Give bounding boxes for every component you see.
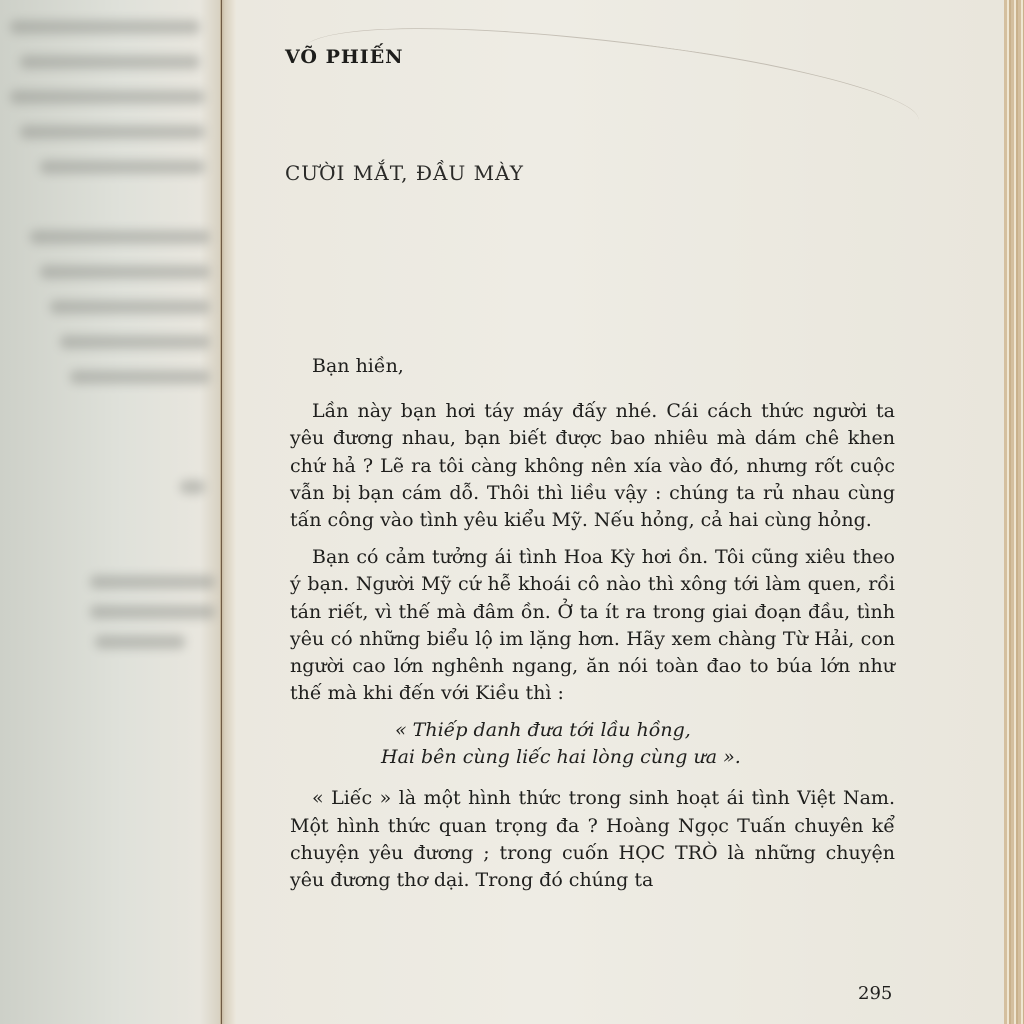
blurred-text-line — [20, 125, 205, 139]
blurred-text-line — [50, 300, 210, 314]
left-page-blurred — [0, 0, 222, 1024]
poem-line: Hai bên cùng liếc hai lòng cùng ưa ». — [381, 744, 895, 771]
blurred-text-line — [40, 160, 205, 174]
chapter-title: CƯỜI MẮT, ĐẦU MÀY — [285, 161, 524, 185]
blurred-text-line — [10, 20, 200, 34]
blurred-text-line — [10, 90, 205, 104]
blurred-text-line — [60, 335, 210, 349]
author-name: VÕ PHIẾN — [285, 46, 404, 68]
book-gutter — [220, 0, 236, 1024]
paragraph: Bạn có cảm tưởng ái tình Hoa Kỳ hơi ồn. … — [290, 544, 895, 707]
blurred-text-line — [90, 605, 215, 619]
binding-edge — [221, 0, 222, 1024]
blurred-text-line — [30, 230, 210, 244]
blurred-text-line — [95, 635, 185, 649]
poem-quote: « Thiếp danh đưa tới lầu hồng, Hai bên c… — [290, 717, 895, 771]
paragraph: « Liếc » là một hình thức trong sinh hoạ… — [290, 785, 895, 894]
page-number: 295 — [858, 983, 892, 1004]
page-edges — [1004, 0, 1024, 1024]
paragraph: Lần này bạn hơi táy máy đấy nhé. Cái các… — [290, 398, 895, 534]
salutation: Bạn hiền, — [290, 353, 895, 380]
blurred-text-line — [20, 55, 200, 69]
body-text: Bạn hiền, Lần này bạn hơi táy máy đấy nh… — [290, 353, 895, 904]
blurred-text-line — [40, 265, 210, 279]
blurred-text-line — [180, 480, 205, 494]
blurred-text-line — [90, 575, 215, 589]
blurred-text-line — [70, 370, 210, 384]
poem-line: « Thiếp danh đưa tới lầu hồng, — [395, 717, 895, 744]
